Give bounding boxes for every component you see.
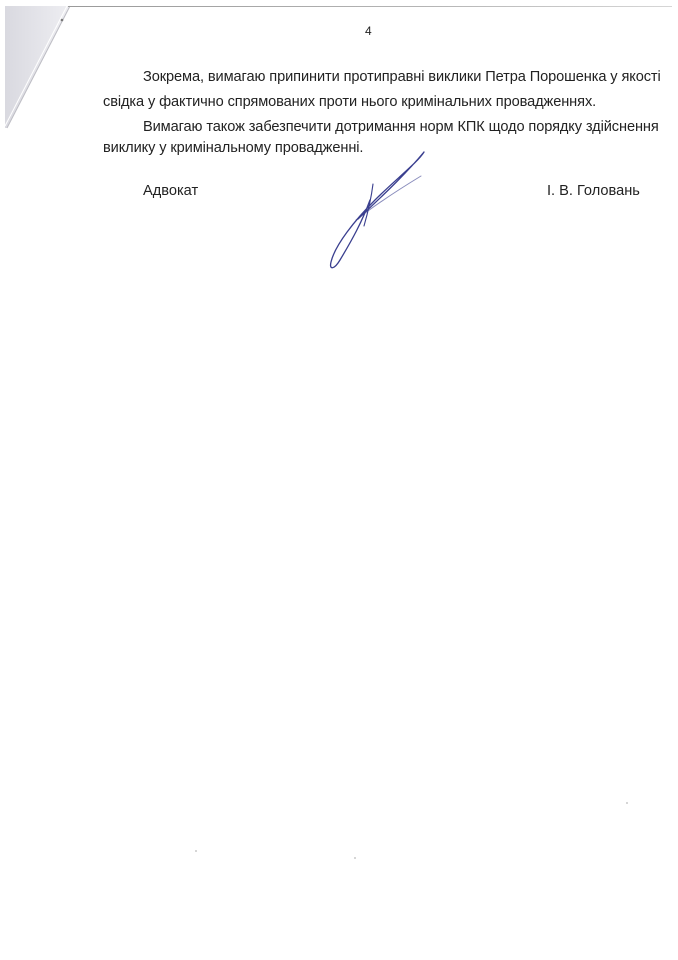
paragraph-1-line-2: свідка у фактично спрямованих проти ньог… <box>103 93 596 111</box>
paragraph-1-line-1: Зокрема, вимагаю припинити протиправні в… <box>143 68 661 86</box>
paragraph-2-line-1: Вимагаю також забезпечити дотримання нор… <box>143 118 659 136</box>
scan-speck <box>195 850 197 852</box>
handwritten-signature <box>310 140 440 280</box>
scan-speck <box>626 802 628 804</box>
signatory-role: Адвокат <box>143 182 198 200</box>
scan-speck <box>354 857 356 859</box>
page-top-edge <box>68 6 672 7</box>
signatory-name: І. В. Головань <box>547 182 640 200</box>
page-number: 4 <box>365 24 372 38</box>
scan-shadow-corner <box>0 0 80 140</box>
